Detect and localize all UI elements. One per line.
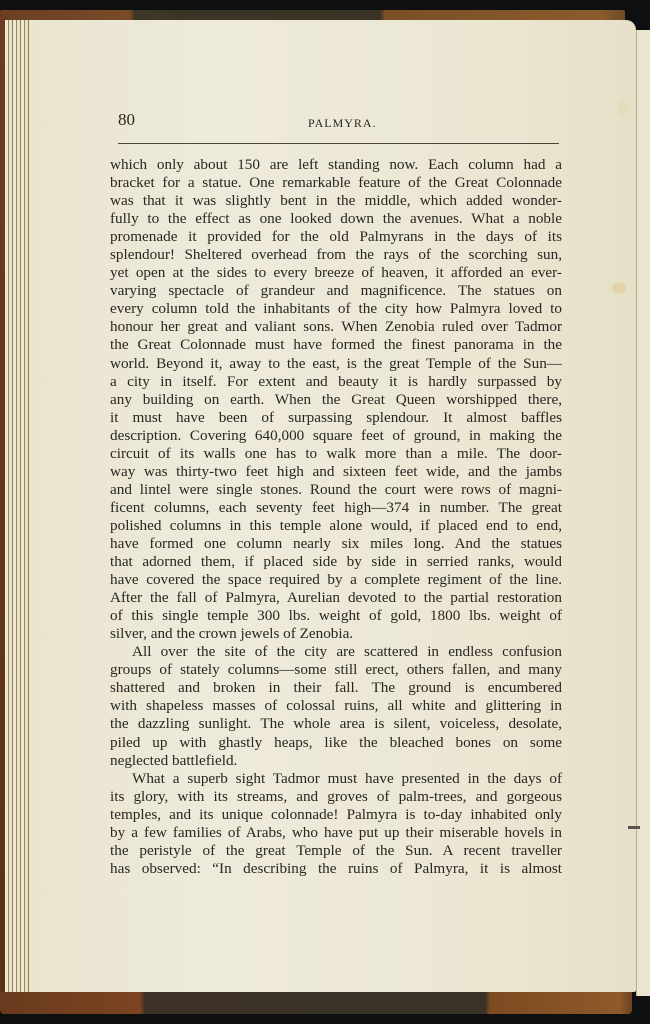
next-page-edge	[636, 30, 650, 996]
text-line: the peristyle of the great Temple of the…	[110, 842, 562, 860]
text-line: that adorned them, if placed side by sid…	[110, 553, 562, 571]
text-line: After the fall of Palmyra, Aurelian devo…	[110, 589, 562, 607]
text-line: bracket for a statue. One remarkable fea…	[110, 174, 562, 192]
text-line: by a few families of Arabs, who have put…	[110, 824, 562, 842]
text-line: have formed one column nearly six miles …	[110, 535, 562, 553]
book-cover-bottom-edge	[0, 992, 632, 1014]
text-line: temples, and its unique colonnade! Palmy…	[110, 806, 562, 824]
text-line: of this single temple 300 lbs. weight of…	[110, 607, 562, 625]
running-title: PALMYRA.	[308, 116, 377, 131]
text-line: splendour! Sheltered overhead from the r…	[110, 246, 562, 264]
running-head: 80 PALMYRA.	[118, 108, 558, 132]
text-line: has observed: “In describing the ruins o…	[110, 860, 562, 878]
text-line: any building on earth. When the Great Qu…	[110, 391, 562, 409]
text-line: every column told the inhabitants of the…	[110, 300, 562, 318]
text-line: ficent columns, each seventy feet high—3…	[110, 499, 562, 517]
text-line: circuit of its walls one has to walk mor…	[110, 445, 562, 463]
body-text: which only about 150 are left standing n…	[110, 156, 562, 878]
text-line: What a superb sight Tadmor must have pre…	[110, 770, 562, 788]
text-line: description. Covering 640,000 square fee…	[110, 427, 562, 445]
page-number: 80	[118, 110, 135, 130]
text-line: piled up with ghastly heaps, like the bl…	[110, 734, 562, 752]
text-line: shattered and broken in their fall. The …	[110, 679, 562, 697]
text-line: a city in itself. For extent and beauty …	[110, 373, 562, 391]
text-line: have covered the space required by a com…	[110, 571, 562, 589]
text-line: way was thirty-two feet high and sixteen…	[110, 463, 562, 481]
text-line: the dazzling sunlight. The whole area is…	[110, 715, 562, 733]
page-edges-stack	[5, 20, 29, 992]
text-line: varying spectacle of grandeur and magnif…	[110, 282, 562, 300]
text-line: which only about 150 are left standing n…	[110, 156, 562, 174]
text-line: fully to the effect as one looked down t…	[110, 210, 562, 228]
text-line: neglected battlefield.	[110, 752, 562, 770]
text-line: All over the site of the city are scatte…	[110, 643, 562, 661]
paper-stain	[617, 100, 629, 116]
text-line: yet open at the sides to every breeze of…	[110, 264, 562, 282]
text-line: and lintel were single stones. Round the…	[110, 481, 562, 499]
paper-stain	[612, 282, 626, 294]
text-line: polished columns in this temple alone wo…	[110, 517, 562, 535]
text-line: with shapeless masses of colossal ruins,…	[110, 697, 562, 715]
text-line: promenade it provided for the old Palmyr…	[110, 228, 562, 246]
text-line: was that it was slightly bent in the mid…	[110, 192, 562, 210]
margin-mark	[628, 826, 640, 829]
text-line: the Great Colonnade must have formed the…	[110, 336, 562, 354]
text-line: world. Beyond it, away to the east, is t…	[110, 355, 562, 373]
text-line: honour her great and valiant sons. When …	[110, 318, 562, 336]
text-line: its glory, with its streams, and groves …	[110, 788, 562, 806]
header-rule	[118, 143, 559, 144]
text-line: silver, and the crown jewels of Zenobia.	[110, 625, 562, 643]
text-line: groups of stately columns—some still ere…	[110, 661, 562, 679]
text-line: it must have been of surpassing splendou…	[110, 409, 562, 427]
